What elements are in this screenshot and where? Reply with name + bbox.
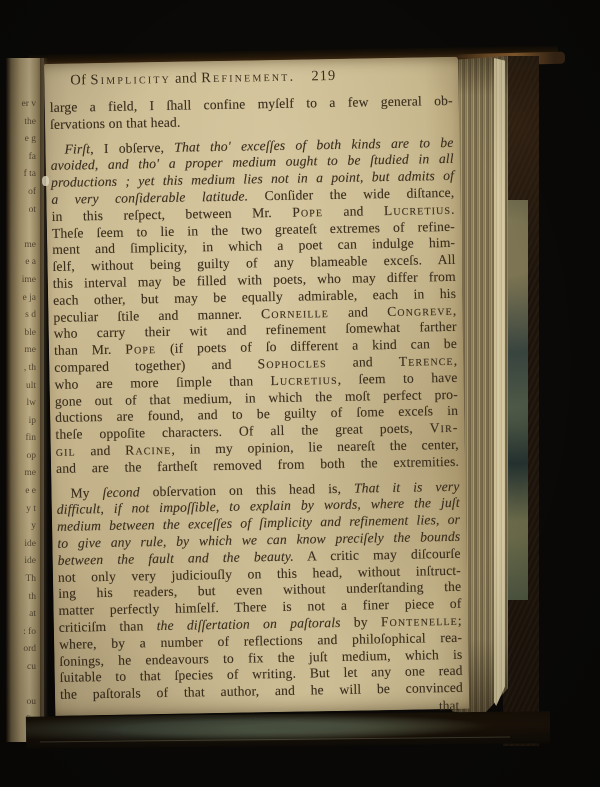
- text-segment: and: [171, 70, 201, 87]
- fore-edge-highlight: [494, 58, 505, 706]
- text-segment: ,: [453, 302, 457, 317]
- text-segment: Pope: [125, 341, 156, 357]
- text-segment: who are more ſimple than: [54, 373, 270, 392]
- text-segment: Sophocles: [257, 355, 326, 371]
- book-photo: er v the e g fa f ta of ot me e a ime e …: [0, 0, 600, 787]
- text-segment: in this reſpect, between Mr.: [52, 204, 293, 223]
- text-segment: .: [451, 202, 455, 217]
- text-segment: and: [76, 443, 126, 459]
- text-segment: That it is very: [354, 478, 460, 495]
- text-segment: obſervation on this head is,: [140, 480, 355, 499]
- text-segment: Simplicity: [90, 71, 171, 88]
- text-segment: , ſeem to have: [338, 370, 458, 387]
- text-segment: Pope: [292, 204, 323, 220]
- text-segment: , I obſerve,: [90, 139, 174, 155]
- text-segment: ,: [454, 353, 458, 368]
- running-head-title: Of Simplicity and Refinement.: [70, 69, 295, 89]
- text-segment: Conſider the wide diſtance,: [248, 185, 454, 204]
- paragraph: My ſecond obſervation on this head is, T…: [56, 478, 463, 703]
- text-segment: Firſt: [64, 141, 90, 156]
- text-segment: Of: [70, 72, 90, 88]
- text-segment: peculiar ſtile and manner.: [53, 306, 261, 325]
- page-number: 219: [311, 68, 336, 84]
- text-segment: gil: [56, 443, 76, 458]
- text-segment: and: [327, 354, 399, 370]
- text-segment: Lucretius: [384, 202, 451, 218]
- text-segment: the diſſertation on paſtorals: [157, 615, 341, 633]
- text-segment: Congreve: [387, 302, 453, 318]
- paper-chip: [42, 176, 49, 186]
- text-segment: and: [323, 203, 384, 219]
- text-segment: Refinement.: [201, 69, 295, 87]
- left-page-edge: er v the e g fa f ta of ot me e a ime e …: [6, 58, 44, 742]
- book-bottom-edge: [26, 711, 550, 748]
- text-segment: Corneille: [261, 305, 329, 321]
- text-segment: criticiſm than: [59, 618, 157, 635]
- paragraph: large a field, I ſhall confine myſelf to…: [50, 93, 454, 134]
- text-segment: ſervations on that head.: [50, 114, 181, 131]
- text-segment: A critic may diſcourſe: [294, 546, 461, 564]
- paragraph: Firſt, I obſerve, That tho' exceſſes of …: [50, 134, 459, 477]
- text-segment: Vir-: [430, 420, 459, 435]
- text-segment: than Mr.: [54, 342, 126, 358]
- text-segment: Lucretius: [270, 372, 337, 388]
- text-block: large a field, I ſhall confine myſelf to…: [50, 93, 463, 704]
- text-segment: ;: [458, 613, 462, 628]
- left-page-text-fragments: er v the e g fa f ta of ot me e a ime e …: [6, 96, 36, 742]
- text-segment: between the fault and the beauty.: [58, 548, 294, 567]
- text-segment: by: [340, 614, 381, 630]
- text-segment: and: [329, 304, 387, 320]
- text-segment: a very conſiderable latitude.: [51, 188, 248, 206]
- text-segment: Terence: [399, 353, 454, 369]
- running-head: Of Simplicity and Refinement.219: [70, 66, 458, 90]
- text-segment: Racine: [125, 442, 171, 458]
- text-segment: My: [70, 485, 102, 501]
- text-segment: compared together) and: [54, 356, 258, 375]
- text-segment: ſecond: [102, 484, 139, 500]
- text-segment: Fontenelle: [381, 613, 458, 629]
- book-page: Of Simplicity and Refinement.219 large a…: [44, 57, 469, 716]
